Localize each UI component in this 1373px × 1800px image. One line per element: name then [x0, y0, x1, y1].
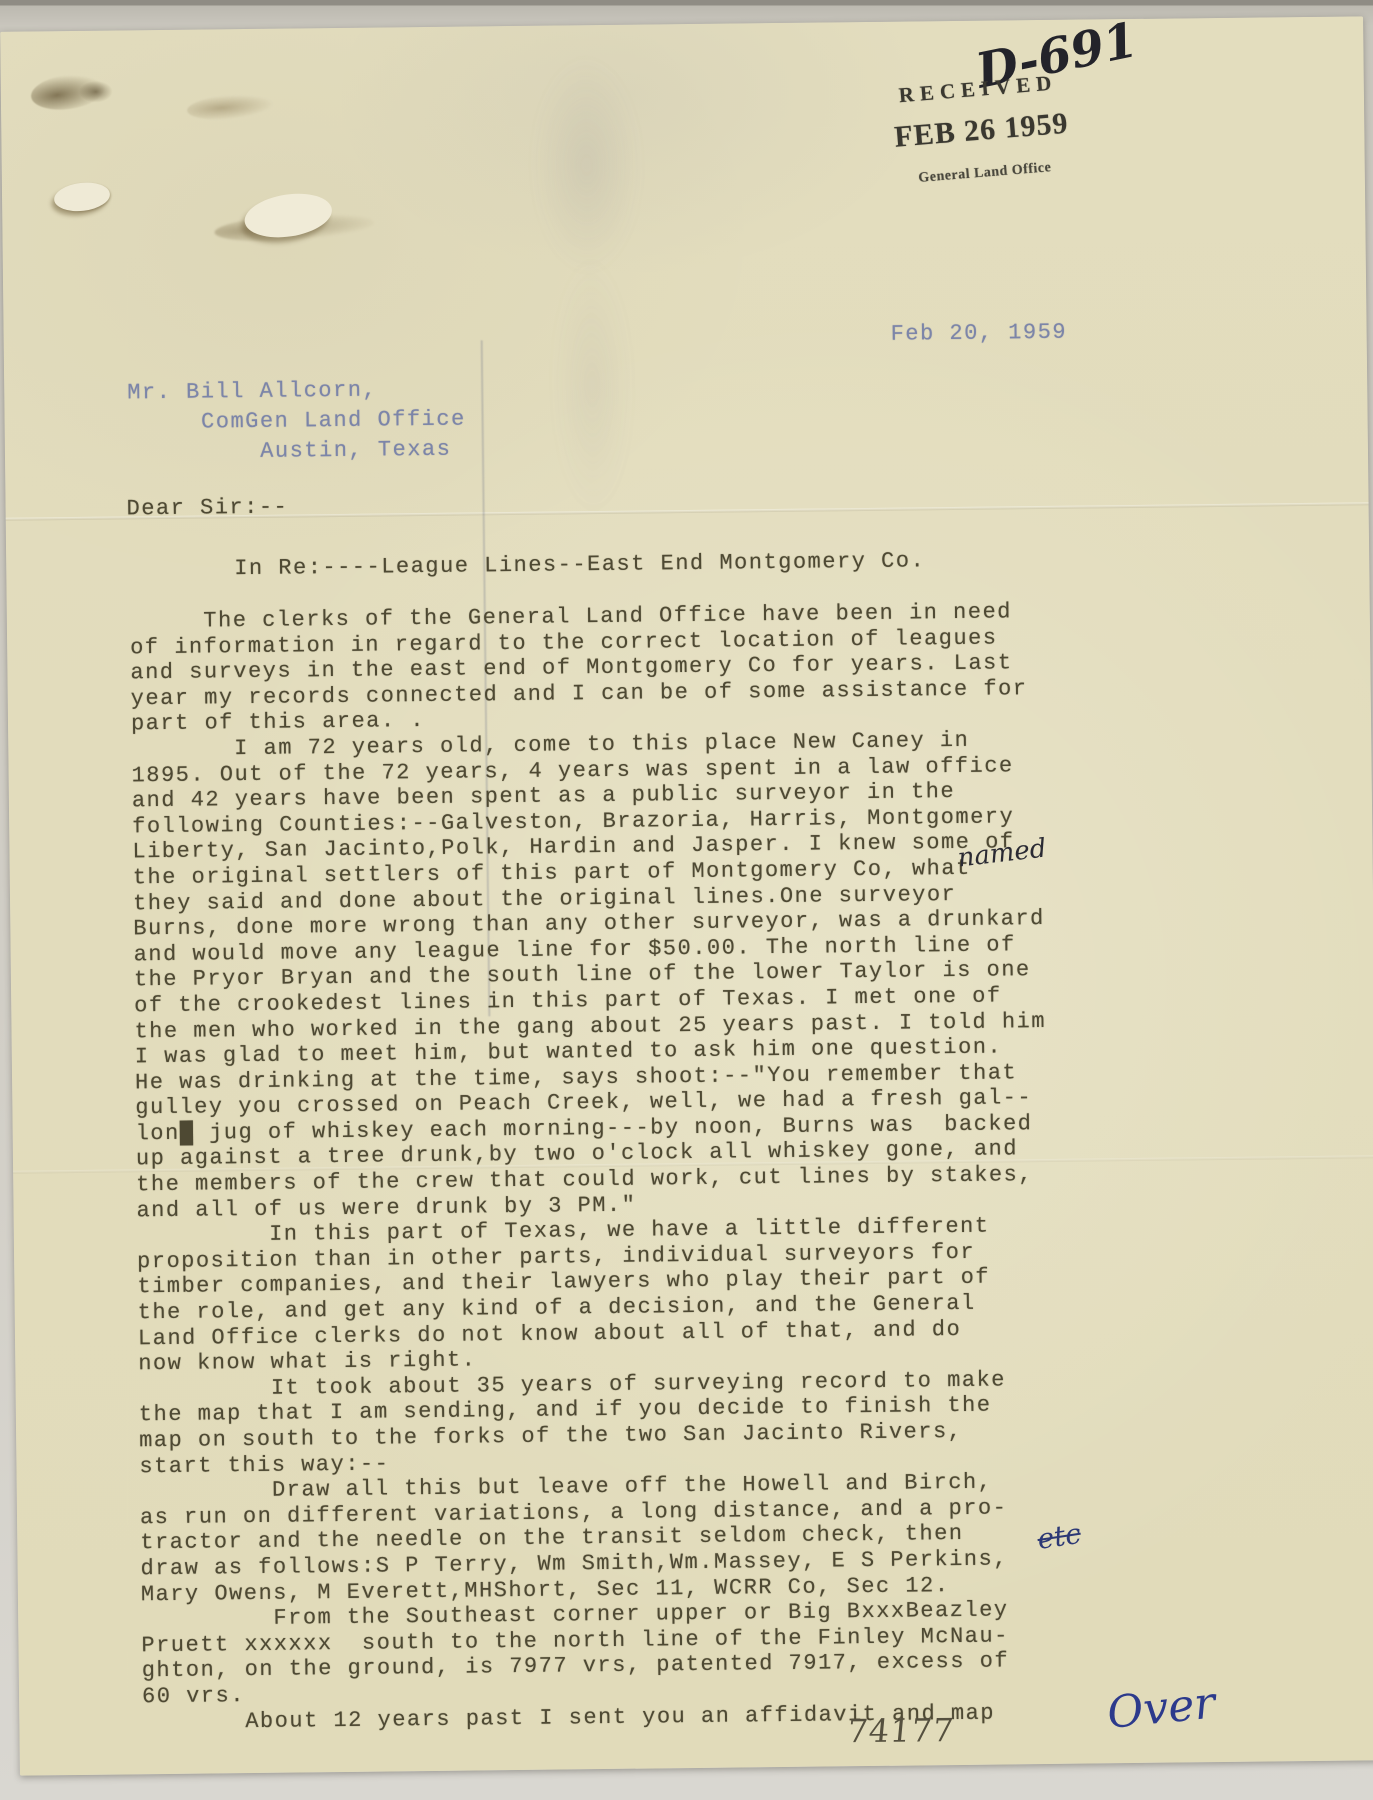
received-stamp: RECEIVED FEB 26 1959 General Land Office	[877, 69, 1085, 190]
stamp-date-text: FEB 26 1959	[880, 106, 1082, 156]
letter-paragraph: Draw all this but leave off the Howell a…	[140, 1469, 1101, 1608]
letter-body: The clerks of the General Land Office ha…	[130, 598, 1103, 1735]
salutation: Dear Sir:--	[126, 495, 288, 522]
paper-smudge	[551, 255, 634, 516]
paper-tear	[53, 180, 112, 214]
paper-stain	[186, 92, 274, 123]
paper-smudge	[530, 55, 642, 276]
letter-paragraph: From the Southeast corner upper or Big B…	[141, 1597, 1102, 1710]
letter-date: Feb 20, 1959	[890, 320, 1067, 348]
stamp-office-text: General Land Office	[885, 157, 1086, 189]
over-note-handwritten: Over	[1105, 1678, 1218, 1739]
recipient-address: Mr. Bill Allcorn, ComGen Land Office Aus…	[127, 375, 466, 469]
page-number-pencil: 74177	[846, 1711, 956, 1750]
subject-line: In Re:----League Lines--East End Montgom…	[234, 548, 925, 581]
handwritten-insertion-etc: etc	[1035, 1517, 1083, 1556]
letter-paper: D-691 RECEIVED FEB 26 1959 General Land …	[0, 16, 1373, 1775]
letter-paragraph: It took about 35 years of surveying reco…	[138, 1366, 1099, 1479]
letter-paragraph: I am 72 years old, come to this place Ne…	[131, 726, 1096, 1223]
letter-paragraph: In this part of Texas, we have a little …	[137, 1213, 1099, 1377]
letter-paragraph: The clerks of the General Land Office ha…	[130, 598, 1091, 737]
paper-stain	[79, 81, 113, 103]
scanned-letter-page: D-691 RECEIVED FEB 26 1959 General Land …	[0, 0, 1373, 1800]
